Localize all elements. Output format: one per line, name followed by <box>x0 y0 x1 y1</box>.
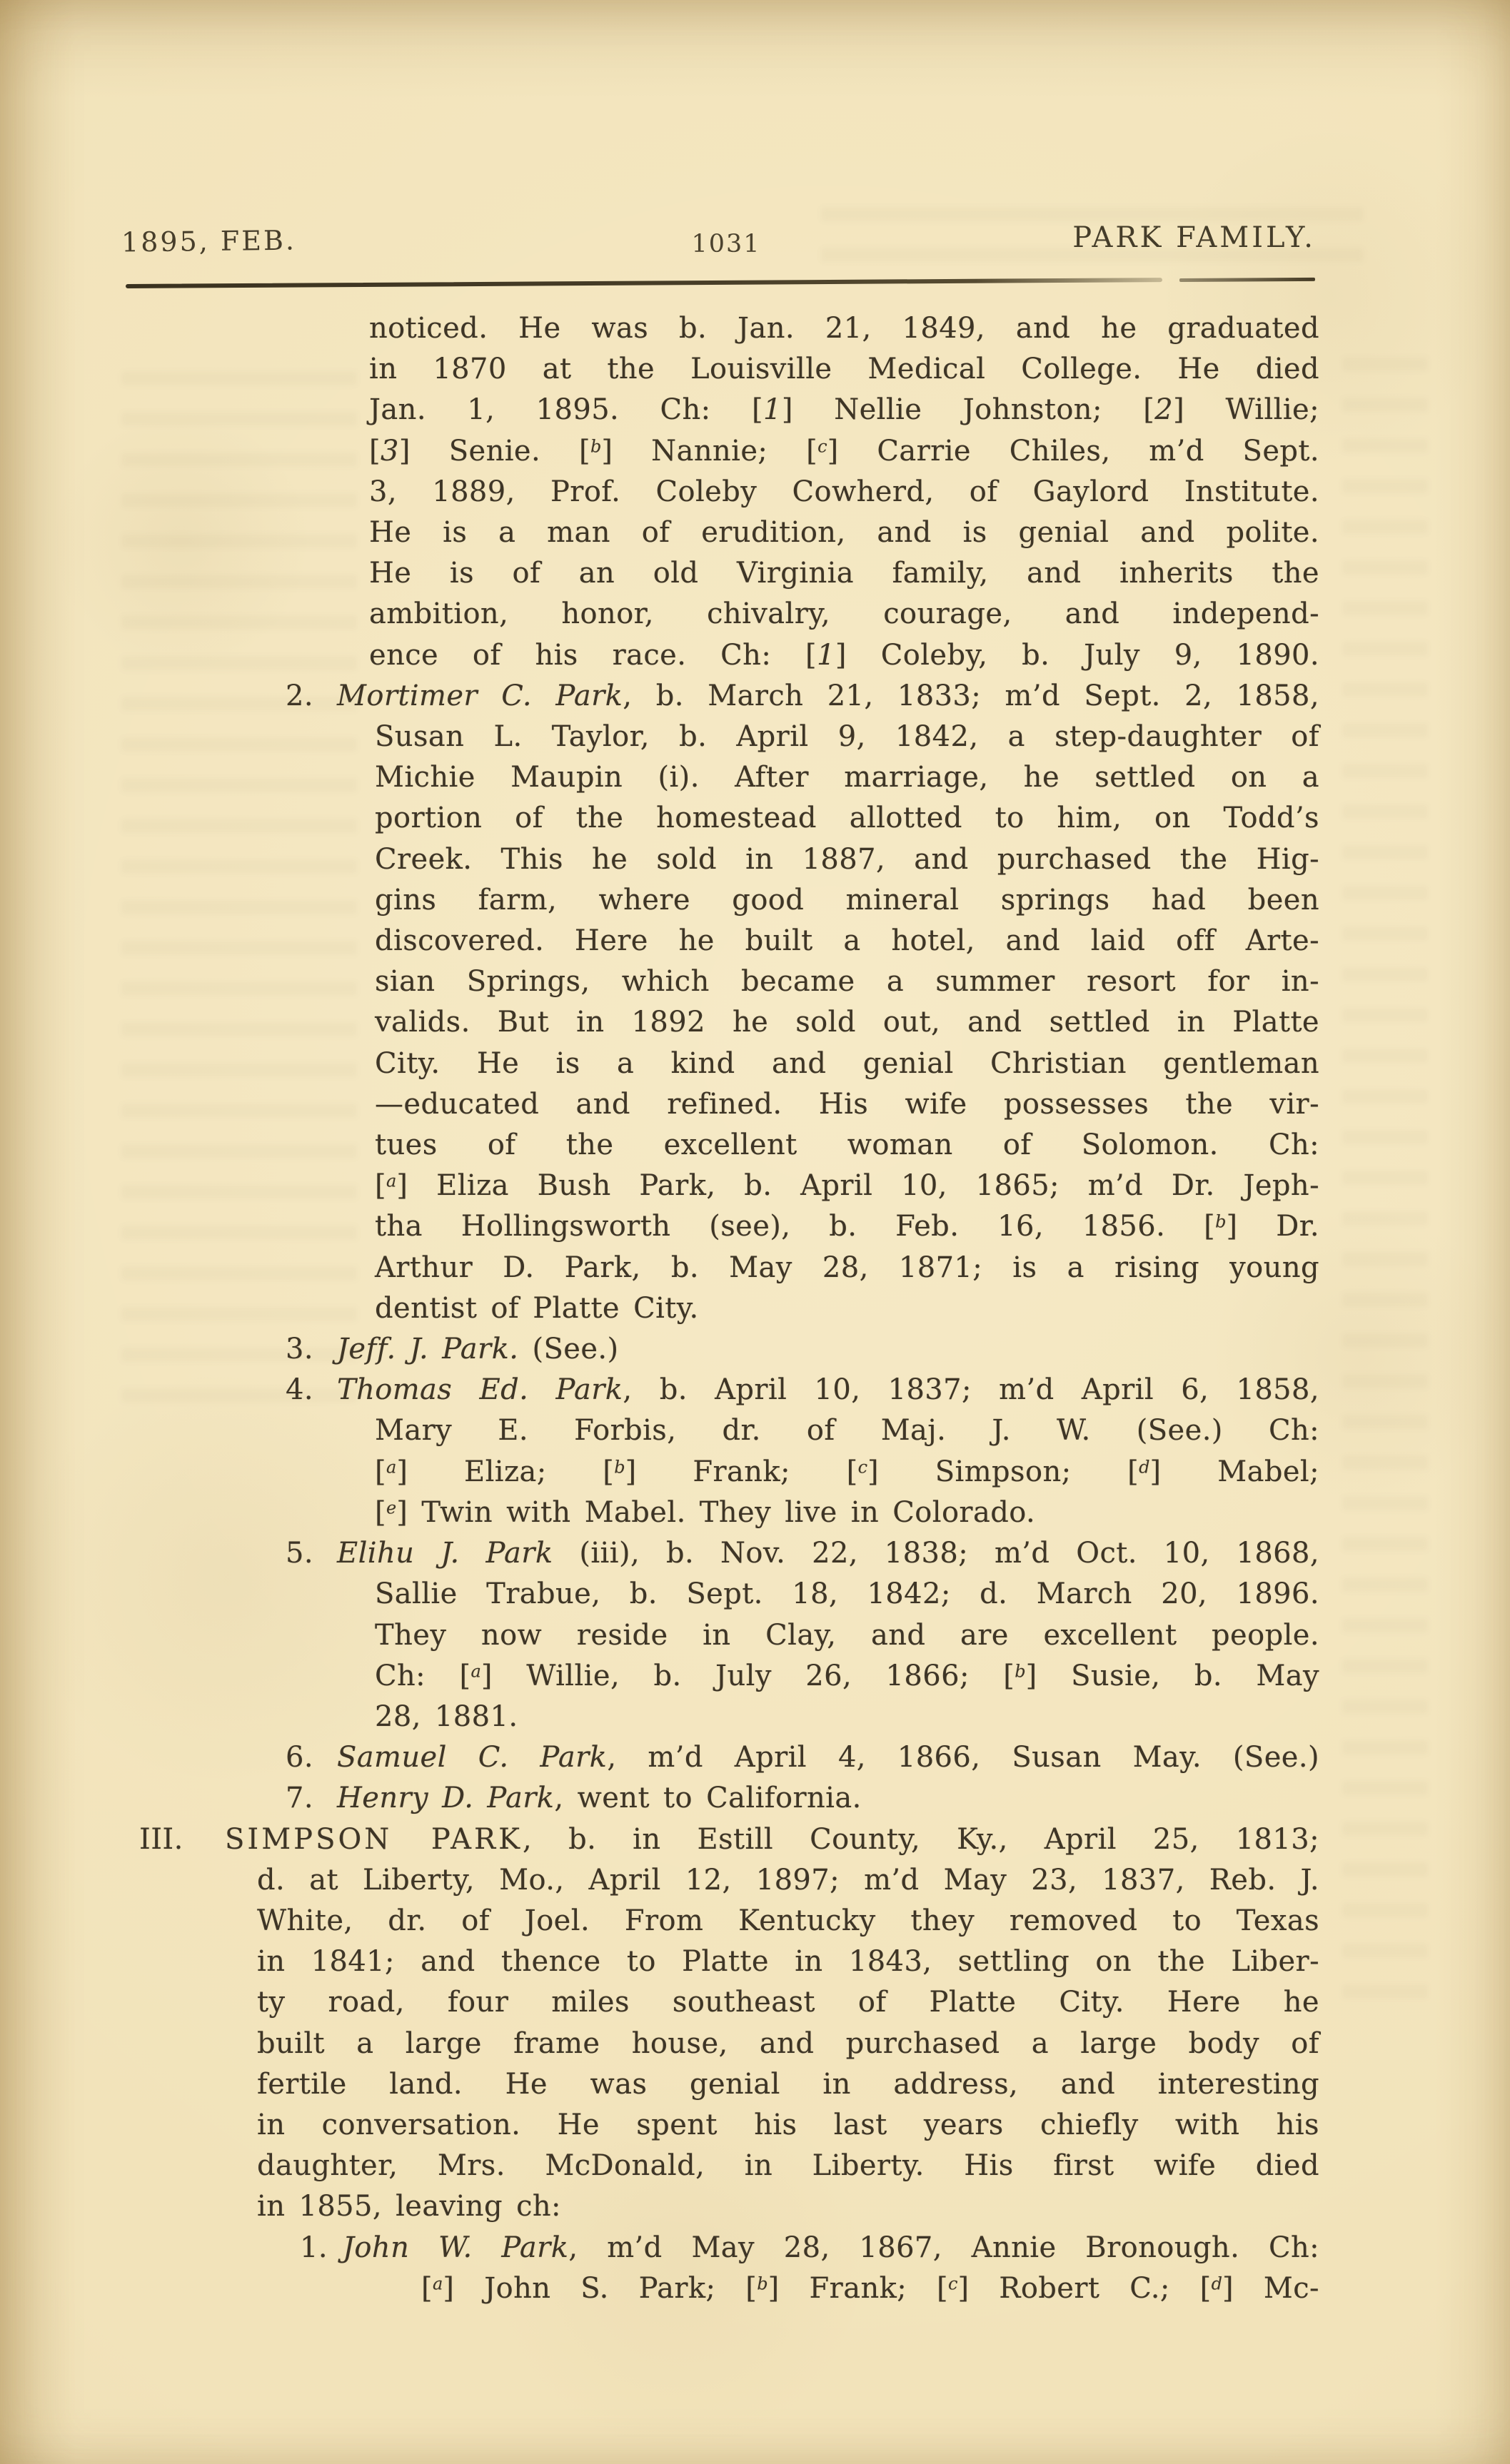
text-block: noticed. He was b. Jan. 21, 1849, and he… <box>0 308 1319 2309</box>
text-segment: Henry D. Park <box>337 1782 554 1814</box>
text-segment: [1] <box>805 639 847 672</box>
text-segment: , b. March 21, 1833; m’d Sept. 2, 1858, <box>623 680 1319 712</box>
text-line: [e] Twin with Mabel. They live in Colora… <box>375 1493 1319 1533</box>
text-segment: City. He is a kind and genial Christian … <box>375 1047 1319 1080</box>
text-line: tues of the excellent woman of Solomon. … <box>375 1125 1319 1166</box>
text-line: [a] Eliza Bush Park, b. April 10, 1865; … <box>375 1166 1319 1206</box>
text-segment: Jeff. J. Park. <box>337 1333 518 1365</box>
header-page-number: 1031 <box>665 230 787 258</box>
text-segment: [b] <box>579 435 613 468</box>
text-segment: tha Hollingsworth (see), b. Feb. 16, 185… <box>375 1210 1204 1243</box>
text-segment: —educated and refined. His wife possesse… <box>375 1088 1319 1121</box>
list-number: III. <box>139 1819 183 1860</box>
text-segment: SIMPSON PARK <box>225 1823 523 1856</box>
text-segment: Frank; <box>637 1455 847 1488</box>
text-segment: [a] <box>460 1660 493 1692</box>
text-line: Michie Maupin (i). After marriage, he se… <box>375 757 1319 798</box>
text-segment: , m’d May 28, 1867, Annie Bronough. Ch: <box>568 2231 1319 2264</box>
text-segment: (See.) <box>518 1333 618 1365</box>
text-segment: , went to California. <box>554 1782 861 1814</box>
text-line: Ch: [a] Willie, b. July 26, 1866; [b] Su… <box>375 1656 1319 1697</box>
text-line: III.SIMPSON PARK, b. in Estill County, K… <box>225 1819 1319 1860</box>
text-segment: [c] <box>806 435 838 468</box>
text-segment: [c] <box>937 2272 969 2305</box>
text-segment: Mortimer C. Park <box>337 680 623 712</box>
list-number: 1. <box>300 2228 328 2268</box>
text-segment: portion of the homestead allotted to him… <box>375 802 1319 834</box>
text-segment: Coleby, b. July 9, 1890. <box>847 639 1319 672</box>
text-segment: fertile land. He was genial in address, … <box>257 2068 1319 2101</box>
text-line: City. He is a kind and genial Christian … <box>375 1044 1319 1084</box>
text-segment: gins farm, where good mineral springs ha… <box>375 884 1319 917</box>
text-line: tha Hollingsworth (see), b. Feb. 16, 185… <box>375 1206 1319 1247</box>
text-segment: White, dr. of Joel. From Kentucky they r… <box>257 1904 1319 1937</box>
list-number: 6. <box>286 1737 313 1778</box>
text-segment: built a large frame house, and purchased… <box>257 2027 1319 2060</box>
text-line: [3] Senie. [b] Nannie; [c] Carrie Chiles… <box>369 431 1319 472</box>
text-segment: Ch: <box>375 1660 460 1692</box>
text-segment: [d] <box>1127 1455 1161 1488</box>
header-date: 1895, FEB. <box>121 225 297 258</box>
text-segment: , m’d April 4, 1866, Susan May. (See.) <box>607 1741 1319 1774</box>
text-line: Susan L. Taylor, b. April 9, 1842, a ste… <box>375 717 1319 757</box>
header-rule-left-segment <box>126 278 1162 288</box>
text-segment: They now reside in Clay, and are excelle… <box>375 1619 1319 1652</box>
text-line: Sallie Trabue, b. Sept. 18, 1842; d. Mar… <box>375 1574 1319 1615</box>
text-line: portion of the homestead allotted to him… <box>375 798 1319 839</box>
text-line: He is a man of erudition, and is genial … <box>369 513 1319 553</box>
text-line: gins farm, where good mineral springs ha… <box>375 880 1319 921</box>
text-segment: Elihu J. Park <box>337 1537 553 1570</box>
text-segment: [a] <box>375 1169 408 1202</box>
text-line: 3.Jeff. J. Park. (See.) <box>337 1329 1319 1370</box>
text-line: discovered. Here he built a hotel, and l… <box>375 921 1319 961</box>
text-segment: [b] <box>603 1455 636 1488</box>
text-segment: in 1841; and thence to Platte in 1843, s… <box>257 1945 1319 1978</box>
text-segment: tues of the excellent woman of Solomon. … <box>375 1129 1319 1161</box>
text-segment: (iii), b. Nov. 22, 1838; m’d Oct. 10, 18… <box>553 1537 1319 1570</box>
text-segment: , b. in Estill County, Ky., April 25, 18… <box>523 1823 1319 1856</box>
text-segment: Mary E. Forbis, dr. of Maj. J. W. (See.)… <box>375 1414 1319 1447</box>
header-rule-right-segment <box>1179 278 1315 282</box>
text-segment: Willie; <box>1184 393 1319 426</box>
text-segment: Creek. This he sold in 1887, and purchas… <box>375 843 1319 876</box>
text-line: fertile land. He was genial in address, … <box>257 2064 1319 2105</box>
text-line: 3, 1889, Prof. Coleby Cowherd, of Gaylor… <box>369 472 1319 513</box>
text-line: noticed. He was b. Jan. 21, 1849, and he… <box>369 308 1319 349</box>
text-line: Mary E. Forbis, dr. of Maj. J. W. (See.)… <box>375 1410 1319 1451</box>
text-line: in 1870 at the Louisville Medical Colleg… <box>369 349 1319 390</box>
text-segment: John W. Park <box>343 2231 568 2264</box>
text-segment: Twin with Mabel. They live in Colorado. <box>408 1496 1035 1529</box>
text-line: ambition, honor, chivalry, courage, and … <box>369 594 1319 635</box>
list-number: 4. <box>286 1370 313 1410</box>
list-number: 7. <box>286 1778 313 1819</box>
text-line: Jan. 1, 1895. Ch: [1] Nellie Johnston; [… <box>369 390 1319 430</box>
text-line: Arthur D. Park, b. May 28, 1871; is a ri… <box>375 1248 1319 1288</box>
text-segment: Senie. <box>411 435 579 468</box>
text-line: 28, 1881. <box>375 1697 1319 1737</box>
text-line: in 1855, leaving ch: <box>257 2186 1319 2227</box>
text-segment: [2] <box>1143 393 1184 426</box>
text-segment: Mabel; <box>1162 1455 1319 1488</box>
text-line: —educated and refined. His wife possesse… <box>375 1084 1319 1125</box>
text-line: ence of his race. Ch: [1] Coleby, b. Jul… <box>369 635 1319 676</box>
text-segment: dentist of Platte City. <box>375 1292 699 1325</box>
text-segment: [b] <box>1204 1210 1237 1243</box>
text-line: Creek. This he sold in 1887, and purchas… <box>375 839 1319 880</box>
text-line: sian Springs, which became a summer reso… <box>375 961 1319 1002</box>
text-segment: discovered. Here he built a hotel, and l… <box>375 924 1319 957</box>
text-line: He is of an old Virginia family, and inh… <box>369 553 1319 594</box>
text-line: 1.John W. Park, m’d May 28, 1867, Annie … <box>343 2228 1319 2268</box>
text-segment: [d] <box>1200 2272 1234 2305</box>
scanned-book-page: 1895, FEB. 1031 PARK FAMILY. noticed. He… <box>0 0 1510 2464</box>
text-segment: Samuel C. Park <box>337 1741 607 1774</box>
text-segment: Susan L. Taylor, b. April 9, 1842, a ste… <box>375 720 1319 753</box>
text-segment: noticed. He was b. Jan. 21, 1849, and he… <box>369 312 1319 345</box>
list-number: 5. <box>286 1533 313 1574</box>
text-line: They now reside in Clay, and are excelle… <box>375 1615 1319 1656</box>
text-segment: [c] <box>847 1455 879 1488</box>
text-segment: [b] <box>745 2272 779 2305</box>
text-segment: Michie Maupin (i). After marriage, he se… <box>375 761 1319 794</box>
text-segment: , b. April 10, 1837; m’d April 6, 1858, <box>623 1373 1319 1406</box>
text-segment: He is of an old Virginia family, and inh… <box>369 557 1319 590</box>
text-segment: [3] <box>369 435 411 468</box>
text-segment: Eliza; <box>408 1455 603 1488</box>
text-segment: 3, 1889, Prof. Coleby Cowherd, of Gaylor… <box>369 475 1319 508</box>
text-line: [a] Eliza; [b] Frank; [c] Simpson; [d] M… <box>375 1452 1319 1493</box>
text-segment: Jan. 1, 1895. Ch: <box>369 393 752 426</box>
text-line: in 1841; and thence to Platte in 1843, s… <box>257 1942 1319 1982</box>
text-segment: Carrie Chiles, m’d Sept. <box>839 435 1319 468</box>
text-line: [a] John S. Park; [b] Frank; [c] Robert … <box>421 2268 1319 2309</box>
text-segment: John S. Park; <box>454 2272 745 2305</box>
text-segment: Nannie; <box>613 435 806 468</box>
text-segment: 28, 1881. <box>375 1700 518 1733</box>
text-segment: Susie, b. May <box>1037 1660 1319 1692</box>
text-segment: daughter, Mrs. McDonald, in Liberty. His… <box>257 2149 1319 2182</box>
text-line: 4.Thomas Ed. Park, b. April 10, 1837; m’… <box>337 1370 1319 1410</box>
show-through-smudge <box>1342 357 1428 1999</box>
text-line: dentist of Platte City. <box>375 1288 1319 1329</box>
text-line: ty road, four miles southeast of Platte … <box>257 1982 1319 2023</box>
text-segment: Frank; <box>780 2272 937 2305</box>
text-segment: sian Springs, which became a summer reso… <box>375 965 1319 998</box>
text-segment: [1] <box>752 393 793 426</box>
text-segment: Dr. <box>1237 1210 1319 1243</box>
text-segment: Mc- <box>1234 2272 1319 2305</box>
text-segment: Sallie Trabue, b. Sept. 18, 1842; d. Mar… <box>375 1577 1319 1610</box>
text-segment: Nellie Johnston; <box>793 393 1143 426</box>
text-segment: Willie, b. July 26, 1866; <box>493 1660 1003 1692</box>
text-segment: [a] <box>421 2272 454 2305</box>
text-segment: Robert C.; <box>969 2272 1199 2305</box>
text-line: 6.Samuel C. Park, m’d April 4, 1866, Sus… <box>337 1737 1319 1778</box>
text-segment: Simpson; <box>879 1455 1127 1488</box>
text-line: in conversation. He spent his last years… <box>257 2105 1319 2146</box>
text-segment: [a] <box>375 1455 408 1488</box>
text-segment: Eliza Bush Park, b. April 10, 1865; m’d … <box>408 1169 1319 1202</box>
text-segment: Thomas Ed. Park <box>337 1373 623 1406</box>
text-segment: ambition, honor, chivalry, courage, and … <box>369 597 1319 630</box>
text-segment: ence of his race. Ch: <box>369 639 805 672</box>
text-segment: He is a man of erudition, and is genial … <box>369 516 1319 549</box>
list-number: 2. <box>286 676 313 717</box>
text-line: 2.Mortimer C. Park, b. March 21, 1833; m… <box>337 676 1319 717</box>
text-line: daughter, Mrs. McDonald, in Liberty. His… <box>257 2146 1319 2186</box>
text-line: 5.Elihu J. Park (iii), b. Nov. 22, 1838;… <box>337 1533 1319 1574</box>
text-line: valids. But in 1892 he sold out, and set… <box>375 1002 1319 1043</box>
text-segment: valids. But in 1892 he sold out, and set… <box>375 1006 1319 1039</box>
text-segment: d. at Liberty, Mo., April 12, 1897; m’d … <box>257 1864 1319 1897</box>
text-segment: Arthur D. Park, b. May 28, 1871; is a ri… <box>375 1251 1319 1284</box>
text-segment: in 1855, leaving ch: <box>257 2190 561 2223</box>
text-line: 7.Henry D. Park, went to California. <box>337 1778 1319 1819</box>
text-line: White, dr. of Joel. From Kentucky they r… <box>257 1901 1319 1942</box>
list-number: 3. <box>286 1329 313 1370</box>
text-line: built a large frame house, and purchased… <box>257 2024 1319 2064</box>
header-title: PARK FAMILY. <box>1072 221 1316 254</box>
text-line: d. at Liberty, Mo., April 12, 1897; m’d … <box>257 1860 1319 1901</box>
text-segment: [e] <box>375 1496 408 1529</box>
text-segment: ty road, four miles southeast of Platte … <box>257 1986 1319 2019</box>
text-segment: in conversation. He spent his last years… <box>257 2109 1319 2141</box>
text-segment: [b] <box>1003 1660 1037 1692</box>
text-segment: in 1870 at the Louisville Medical Colleg… <box>369 353 1319 385</box>
